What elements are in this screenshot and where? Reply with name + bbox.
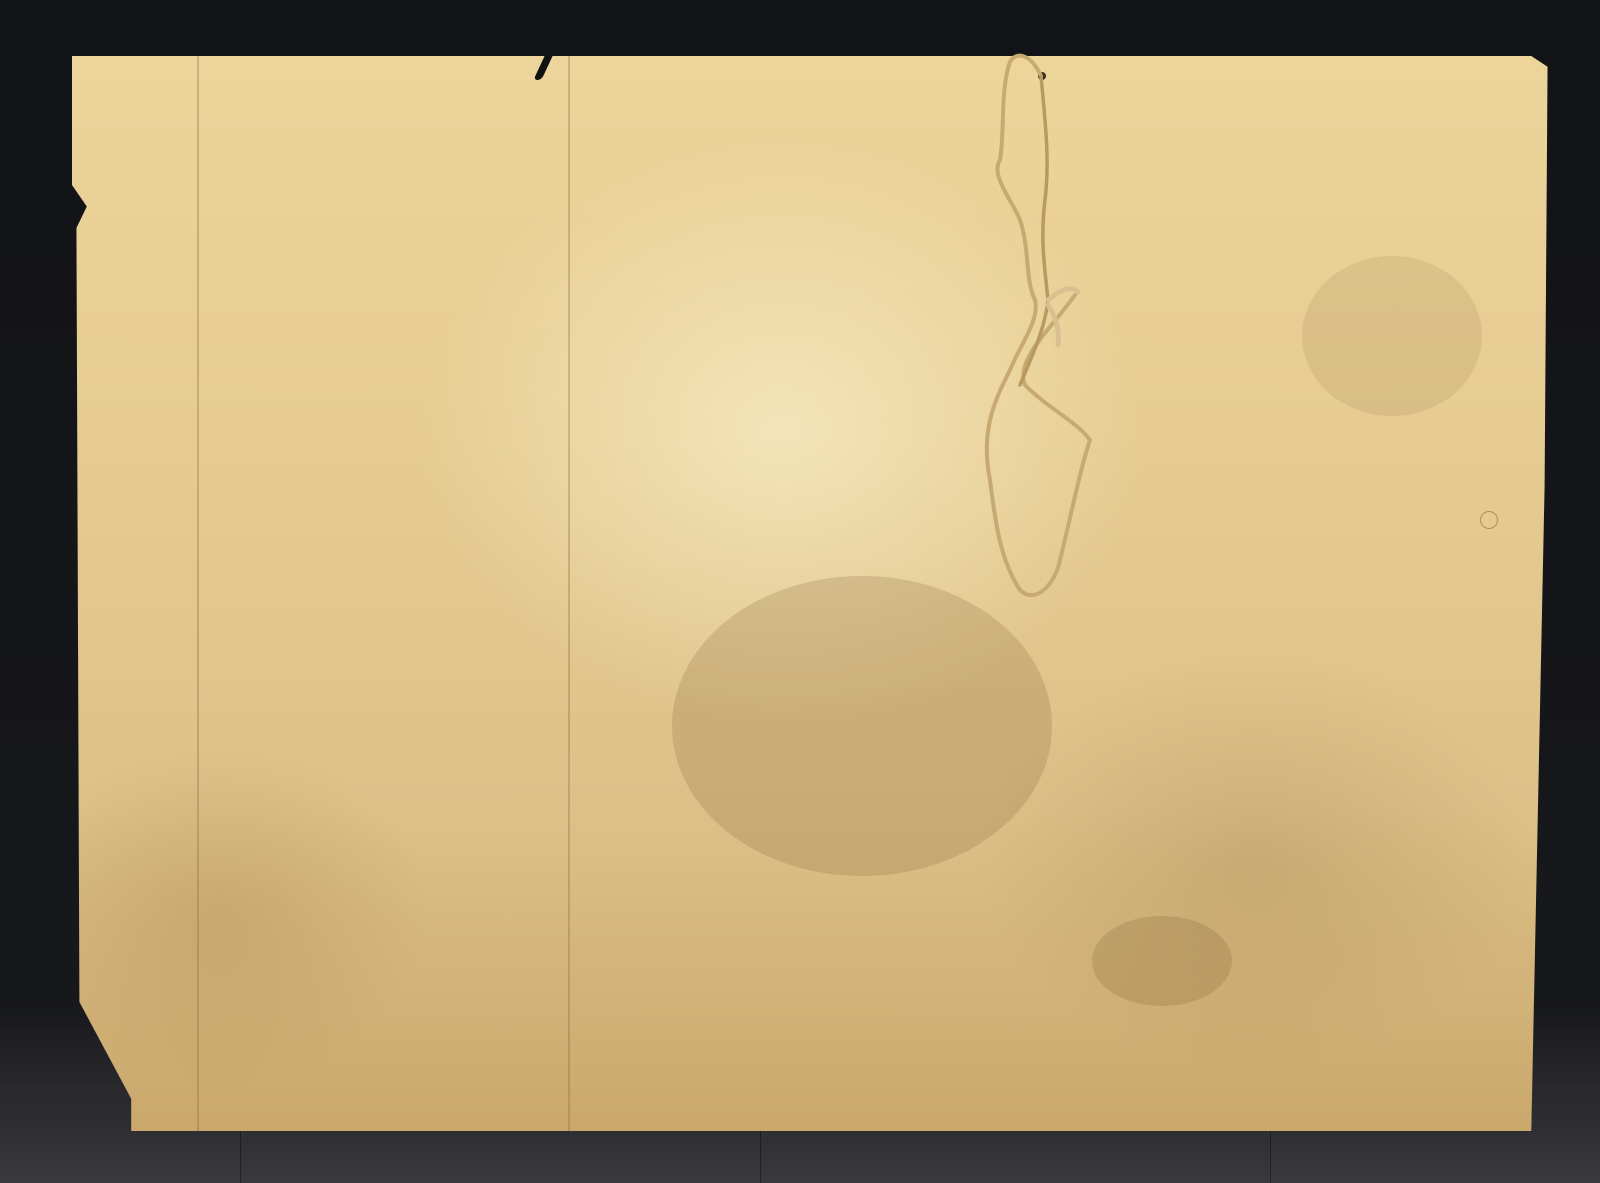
- string-hole: [1038, 72, 1046, 80]
- floor-seam: [760, 1128, 761, 1183]
- floor-seam: [240, 1128, 241, 1183]
- dark-floor-surface: [0, 1128, 1600, 1183]
- stain: [672, 576, 1052, 876]
- fold-line-left: [197, 56, 199, 1131]
- floor-seam: [1270, 1128, 1271, 1183]
- top-edge-notch: [533, 56, 552, 80]
- water-ring-stain: [1480, 511, 1498, 529]
- photo-scene: [0, 0, 1600, 1183]
- fold-line-middle: [568, 56, 570, 1131]
- stain: [1302, 256, 1482, 416]
- cardboard-backing-board: [72, 56, 1552, 1131]
- stain: [1092, 916, 1232, 1006]
